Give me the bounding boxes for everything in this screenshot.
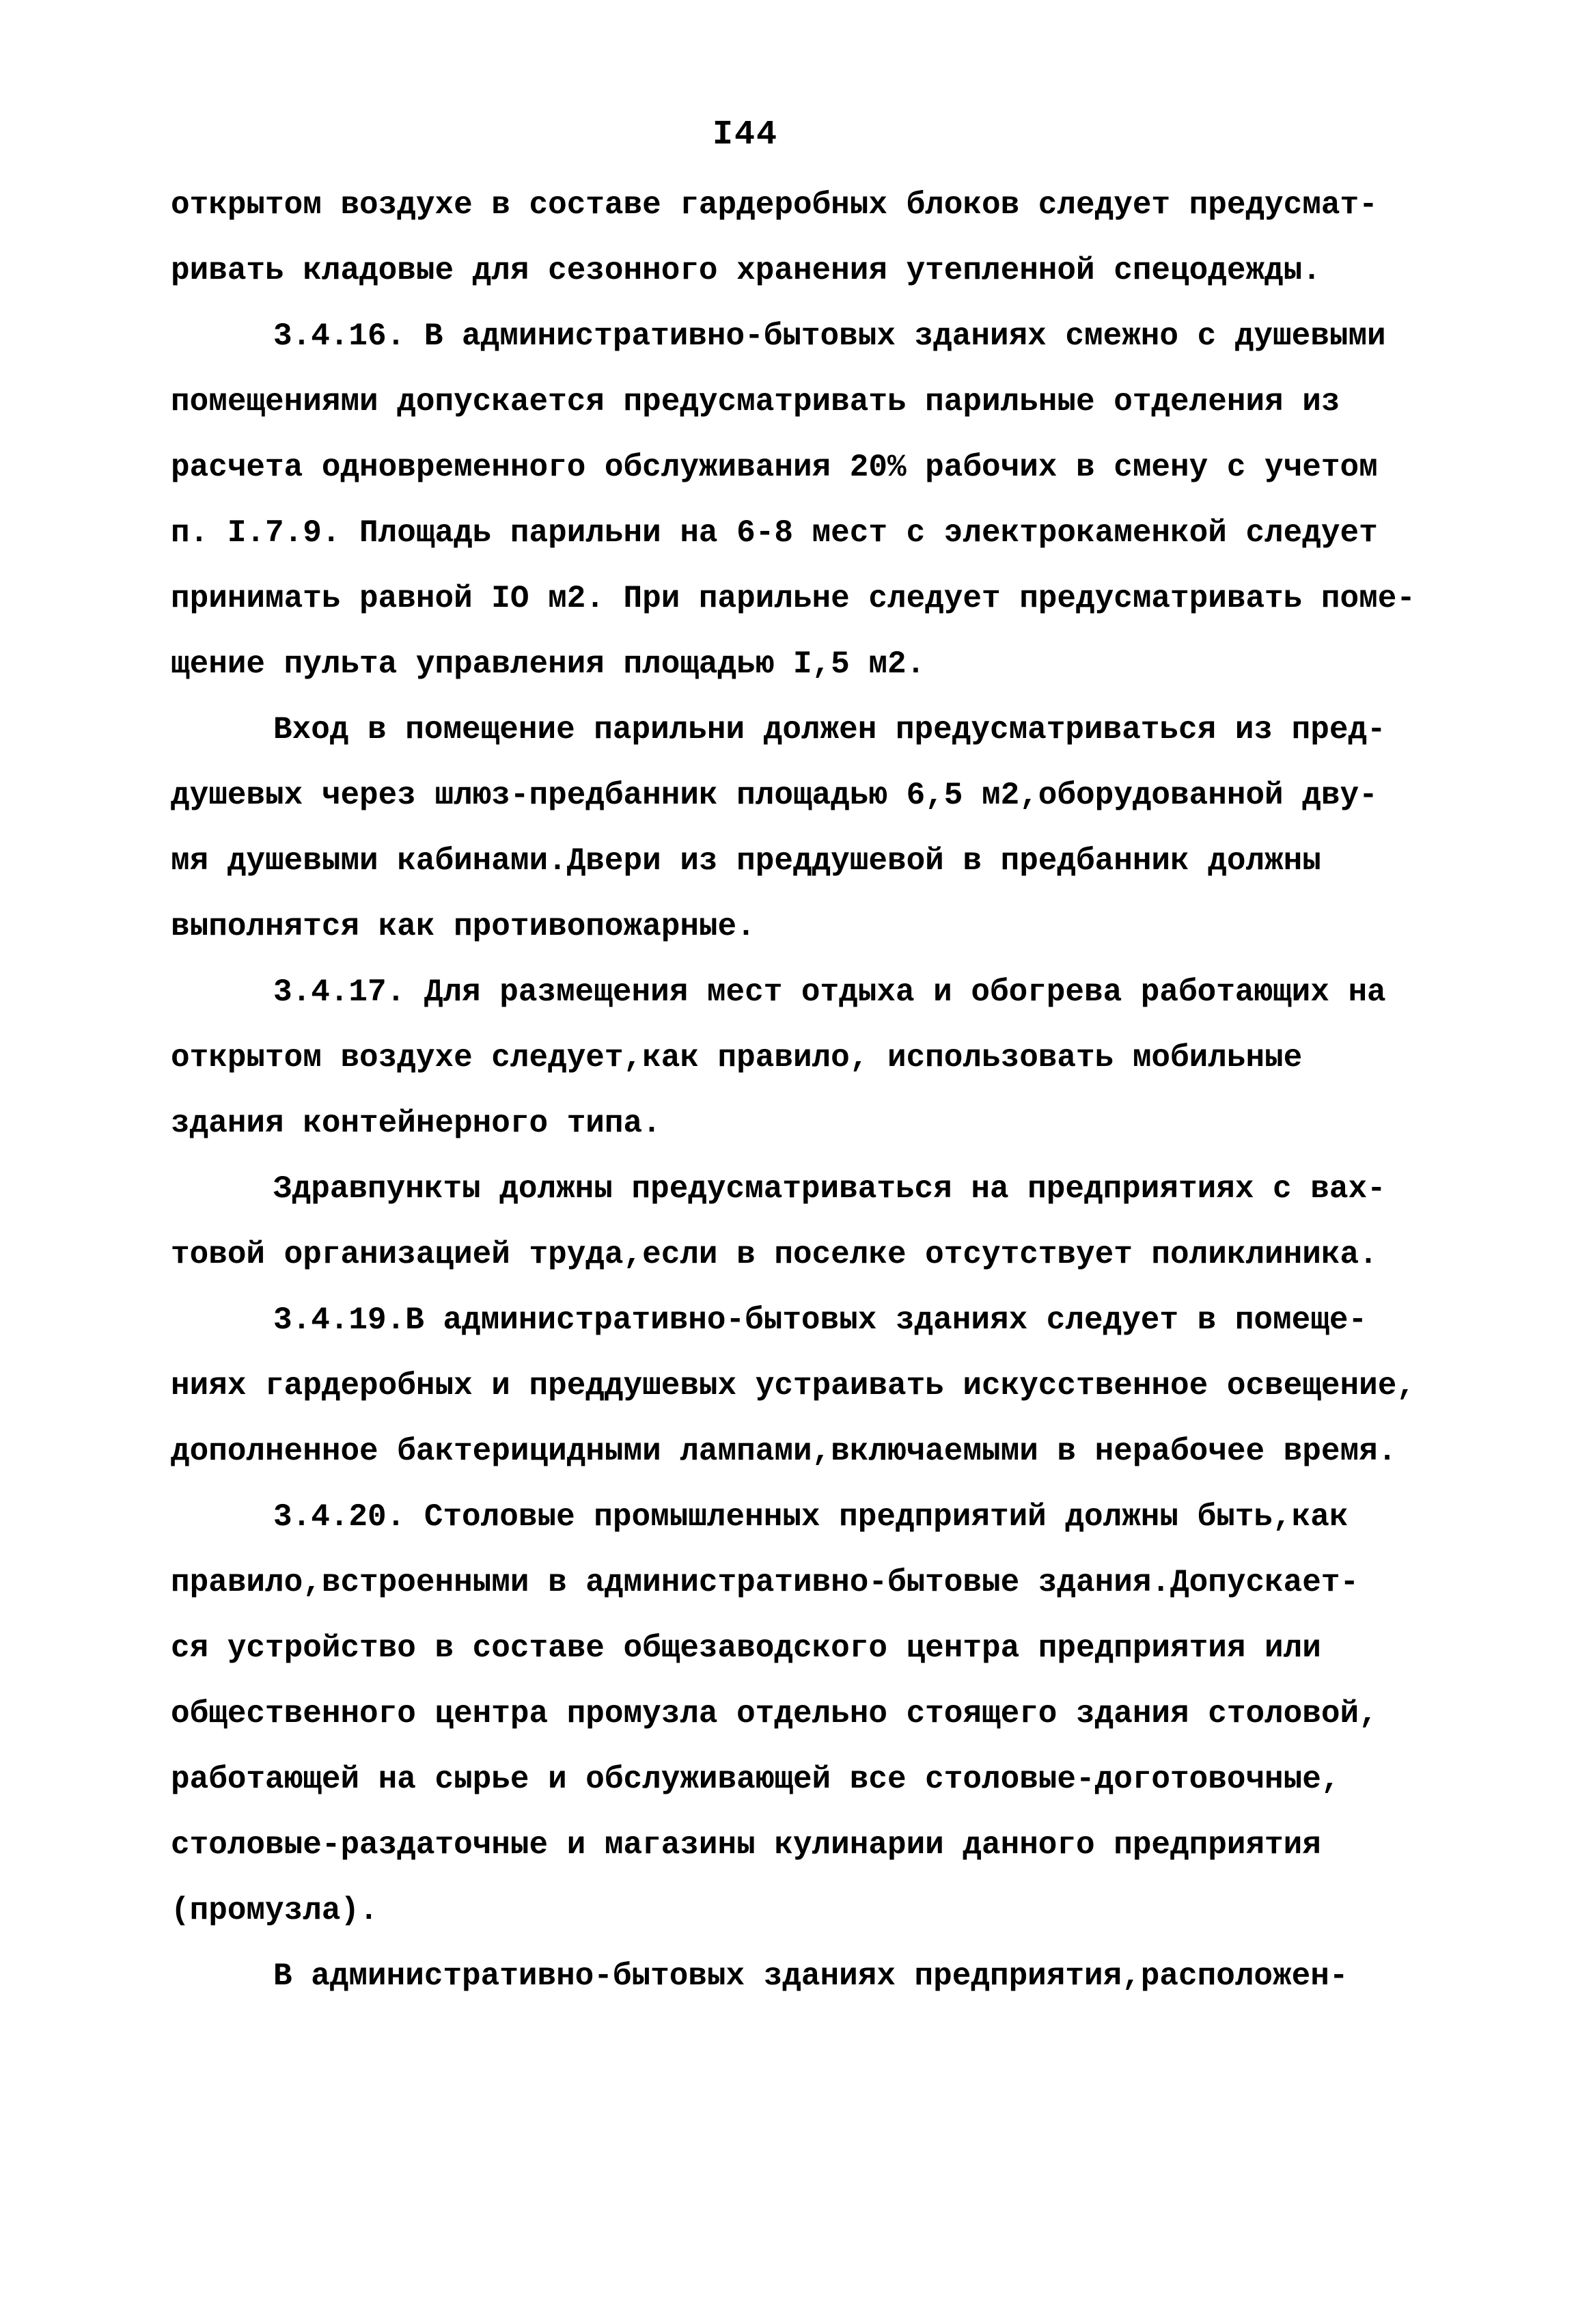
text-line: 3.4.16. В административно-бытовых здания…: [171, 303, 1441, 369]
text-line: 3.4.17. Для размещения мест отдыха и обо…: [171, 959, 1441, 1025]
text-line: душевых через шлюз-предбанник площадью 6…: [171, 763, 1441, 828]
document-page: I44 открытом воздухе в составе гардеробн…: [0, 0, 1589, 2324]
text-line: п. I.7.9. Площадь парильни на 6-8 мест с…: [171, 500, 1441, 566]
text-body: открытом воздухе в составе гардеробных б…: [171, 172, 1441, 2009]
page-number: I44: [0, 102, 1540, 168]
text-line: ся устройство в составе общезаводского ц…: [171, 1615, 1441, 1681]
text-line: В административно-бытовых зданиях предпр…: [171, 1943, 1441, 2009]
text-line: помещениями допускается предусматривать …: [171, 369, 1441, 435]
text-line: Здравпункты должны предусматриваться на …: [171, 1156, 1441, 1222]
text-line: мя душевыми кабинами.Двери из преддушево…: [171, 828, 1441, 894]
text-line: ниях гардеробных и преддушевых устраиват…: [171, 1353, 1441, 1419]
text-line: работающей на сырье и обслуживающей все …: [171, 1747, 1441, 1812]
text-line: выполнятся как противопожарные.: [171, 894, 1441, 959]
text-line: 3.4.20. Столовые промышленных предприяти…: [171, 1484, 1441, 1550]
text-line: дополненное бактерицидными лампами,включ…: [171, 1419, 1441, 1484]
text-line: расчета одновременного обслуживания 20% …: [171, 435, 1441, 500]
text-line: принимать равной IO м2. При парильне сле…: [171, 566, 1441, 631]
text-line: столовые-раздаточные и магазины кулинари…: [171, 1812, 1441, 1878]
text-line: товой организацией труда,если в поселке …: [171, 1222, 1441, 1287]
text-line: правило,встроенными в административно-бы…: [171, 1550, 1441, 1615]
text-line: здания контейнерного типа.: [171, 1091, 1441, 1156]
text-line: (промузла).: [171, 1878, 1441, 1943]
text-line: щение пульта управления площадью I,5 м2.: [171, 631, 1441, 697]
text-line: ривать кладовые для сезонного хранения у…: [171, 238, 1441, 303]
text-line: общественного центра промузла отдельно с…: [171, 1681, 1441, 1747]
text-line: открытом воздухе в составе гардеробных б…: [171, 172, 1441, 238]
text-line: открытом воздухе следует,как правило, ис…: [171, 1025, 1441, 1091]
text-line: Вход в помещение парильни должен предусм…: [171, 697, 1441, 763]
text-line: 3.4.19.В административно-бытовых зданиях…: [171, 1287, 1441, 1353]
